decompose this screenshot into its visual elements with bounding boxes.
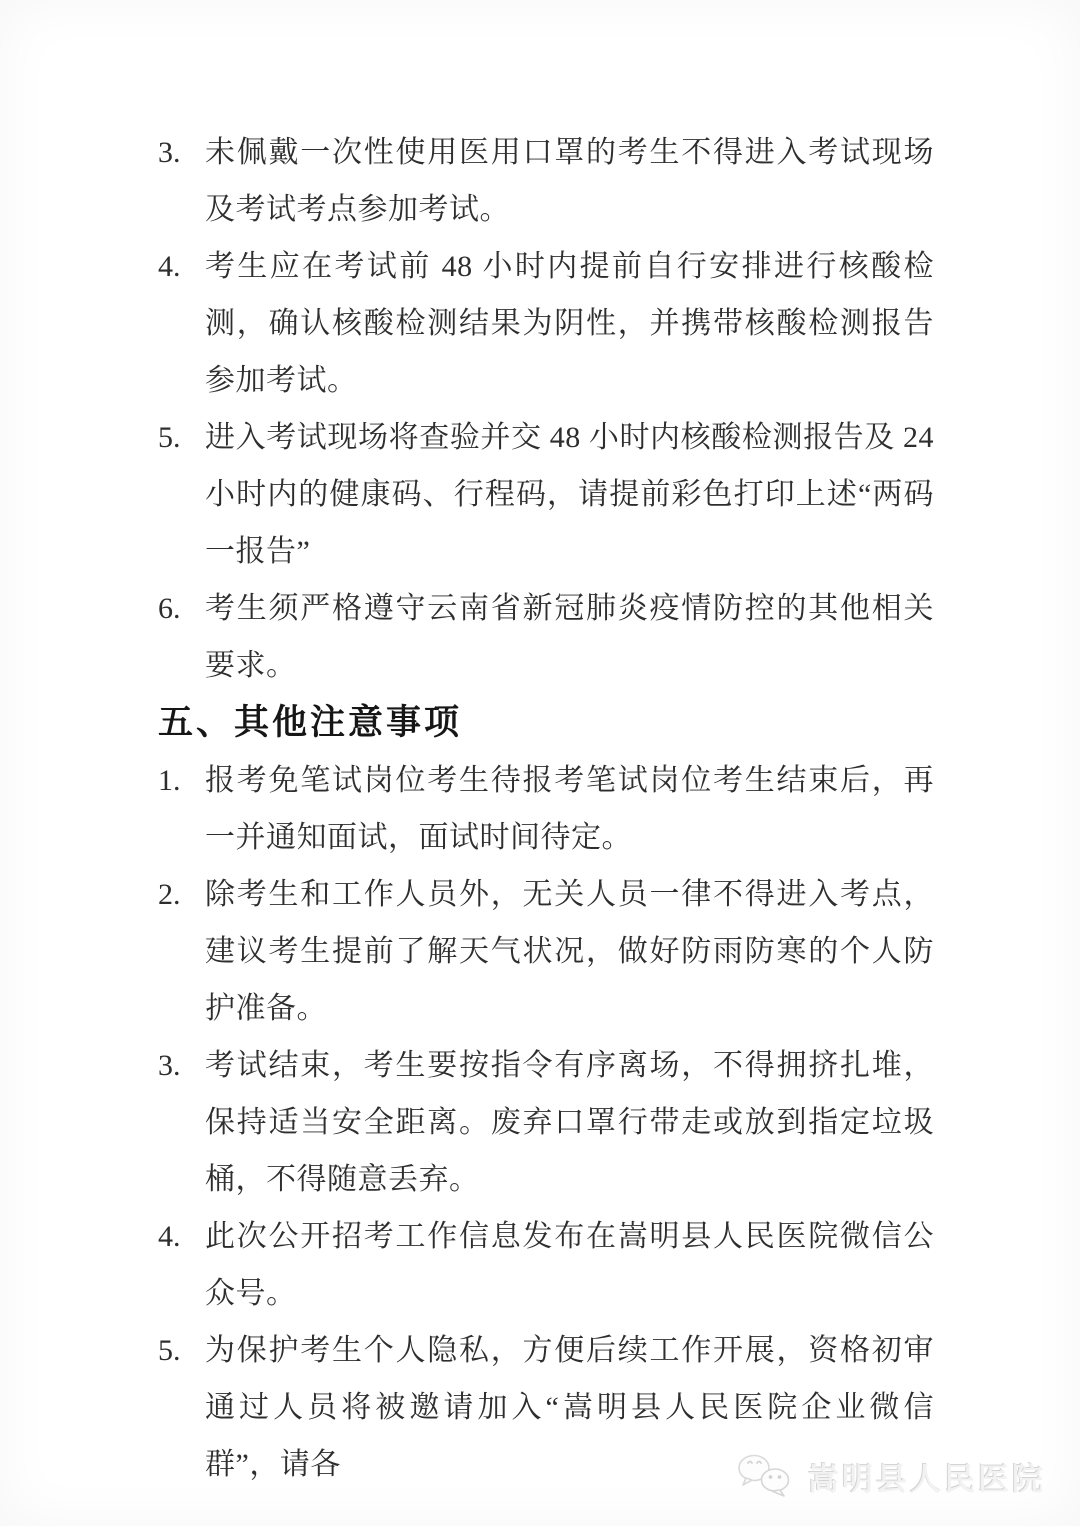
item-number: 6. <box>158 580 205 637</box>
list-item: 4. 此次公开招考工作信息发布在嵩明县人民医院微信公众号。 <box>158 1208 934 1322</box>
item-number: 3. <box>158 1037 205 1094</box>
list-item: 3. 考试结束，考生要按指令有序离场，不得拥挤扎堆，保持适当安全距离。废弃口罩行… <box>158 1037 934 1208</box>
item-number: 4. <box>158 1208 205 1265</box>
list-item: 1. 报考免笔试岗位考生待报考笔试岗位考生结束后，再一并通知面试，面试时间待定。 <box>158 752 934 866</box>
item-number: 4. <box>158 238 205 295</box>
document-body: 3. 未佩戴一次性使用医用口罩的考生不得进入考试现场及考试考点参加考试。 4. … <box>158 124 934 1493</box>
list-item: 2. 除考生和工作人员外，无关人员一律不得进入考点，建议考生提前了解天气状况，做… <box>158 866 934 1037</box>
hospital-name-watermark: 嵩明县人民医院 <box>808 1454 1046 1499</box>
item-text: 此次公开招考工作信息发布在嵩明县人民医院微信公众号。 <box>205 1208 934 1322</box>
item-number: 1. <box>158 752 205 809</box>
list-item: 5. 进入考试现场将查验并交 48 小时内核酸检测报告及 24 小时内的健康码、… <box>158 409 934 580</box>
item-number: 5. <box>158 409 205 466</box>
item-text: 考生应在考试前 48 小时内提前自行安排进行核酸检测，确认核酸检测结果为阴性，并… <box>205 238 934 409</box>
section-heading: 五、其他注意事项 <box>158 694 934 752</box>
wechat-icon <box>736 1452 798 1500</box>
item-number: 3. <box>158 124 205 181</box>
list-item: 3. 未佩戴一次性使用医用口罩的考生不得进入考试现场及考试考点参加考试。 <box>158 124 934 238</box>
item-text: 考试结束，考生要按指令有序离场，不得拥挤扎堆，保持适当安全距离。废弃口罩行带走或… <box>205 1037 934 1208</box>
item-text: 未佩戴一次性使用医用口罩的考生不得进入考试现场及考试考点参加考试。 <box>205 124 934 238</box>
item-text: 报考免笔试岗位考生待报考笔试岗位考生结束后，再一并通知面试，面试时间待定。 <box>205 752 934 866</box>
list-item: 6. 考生须严格遵守云南省新冠肺炎疫情防控的其他相关要求。 <box>158 580 934 694</box>
item-number: 2. <box>158 866 205 923</box>
item-text: 除考生和工作人员外，无关人员一律不得进入考点，建议考生提前了解天气状况，做好防雨… <box>205 866 934 1037</box>
item-text: 进入考试现场将查验并交 48 小时内核酸检测报告及 24 小时内的健康码、行程码… <box>205 409 934 580</box>
footer-watermark: 嵩明县人民医院 <box>736 1452 1046 1500</box>
list-item: 4. 考生应在考试前 48 小时内提前自行安排进行核酸检测，确认核酸检测结果为阴… <box>158 238 934 409</box>
scanned-notice-page: { "page": { "background": "#ffffff", "bo… <box>0 0 1080 1526</box>
item-number: 5. <box>158 1322 205 1379</box>
item-text: 考生须严格遵守云南省新冠肺炎疫情防控的其他相关要求。 <box>205 580 934 694</box>
